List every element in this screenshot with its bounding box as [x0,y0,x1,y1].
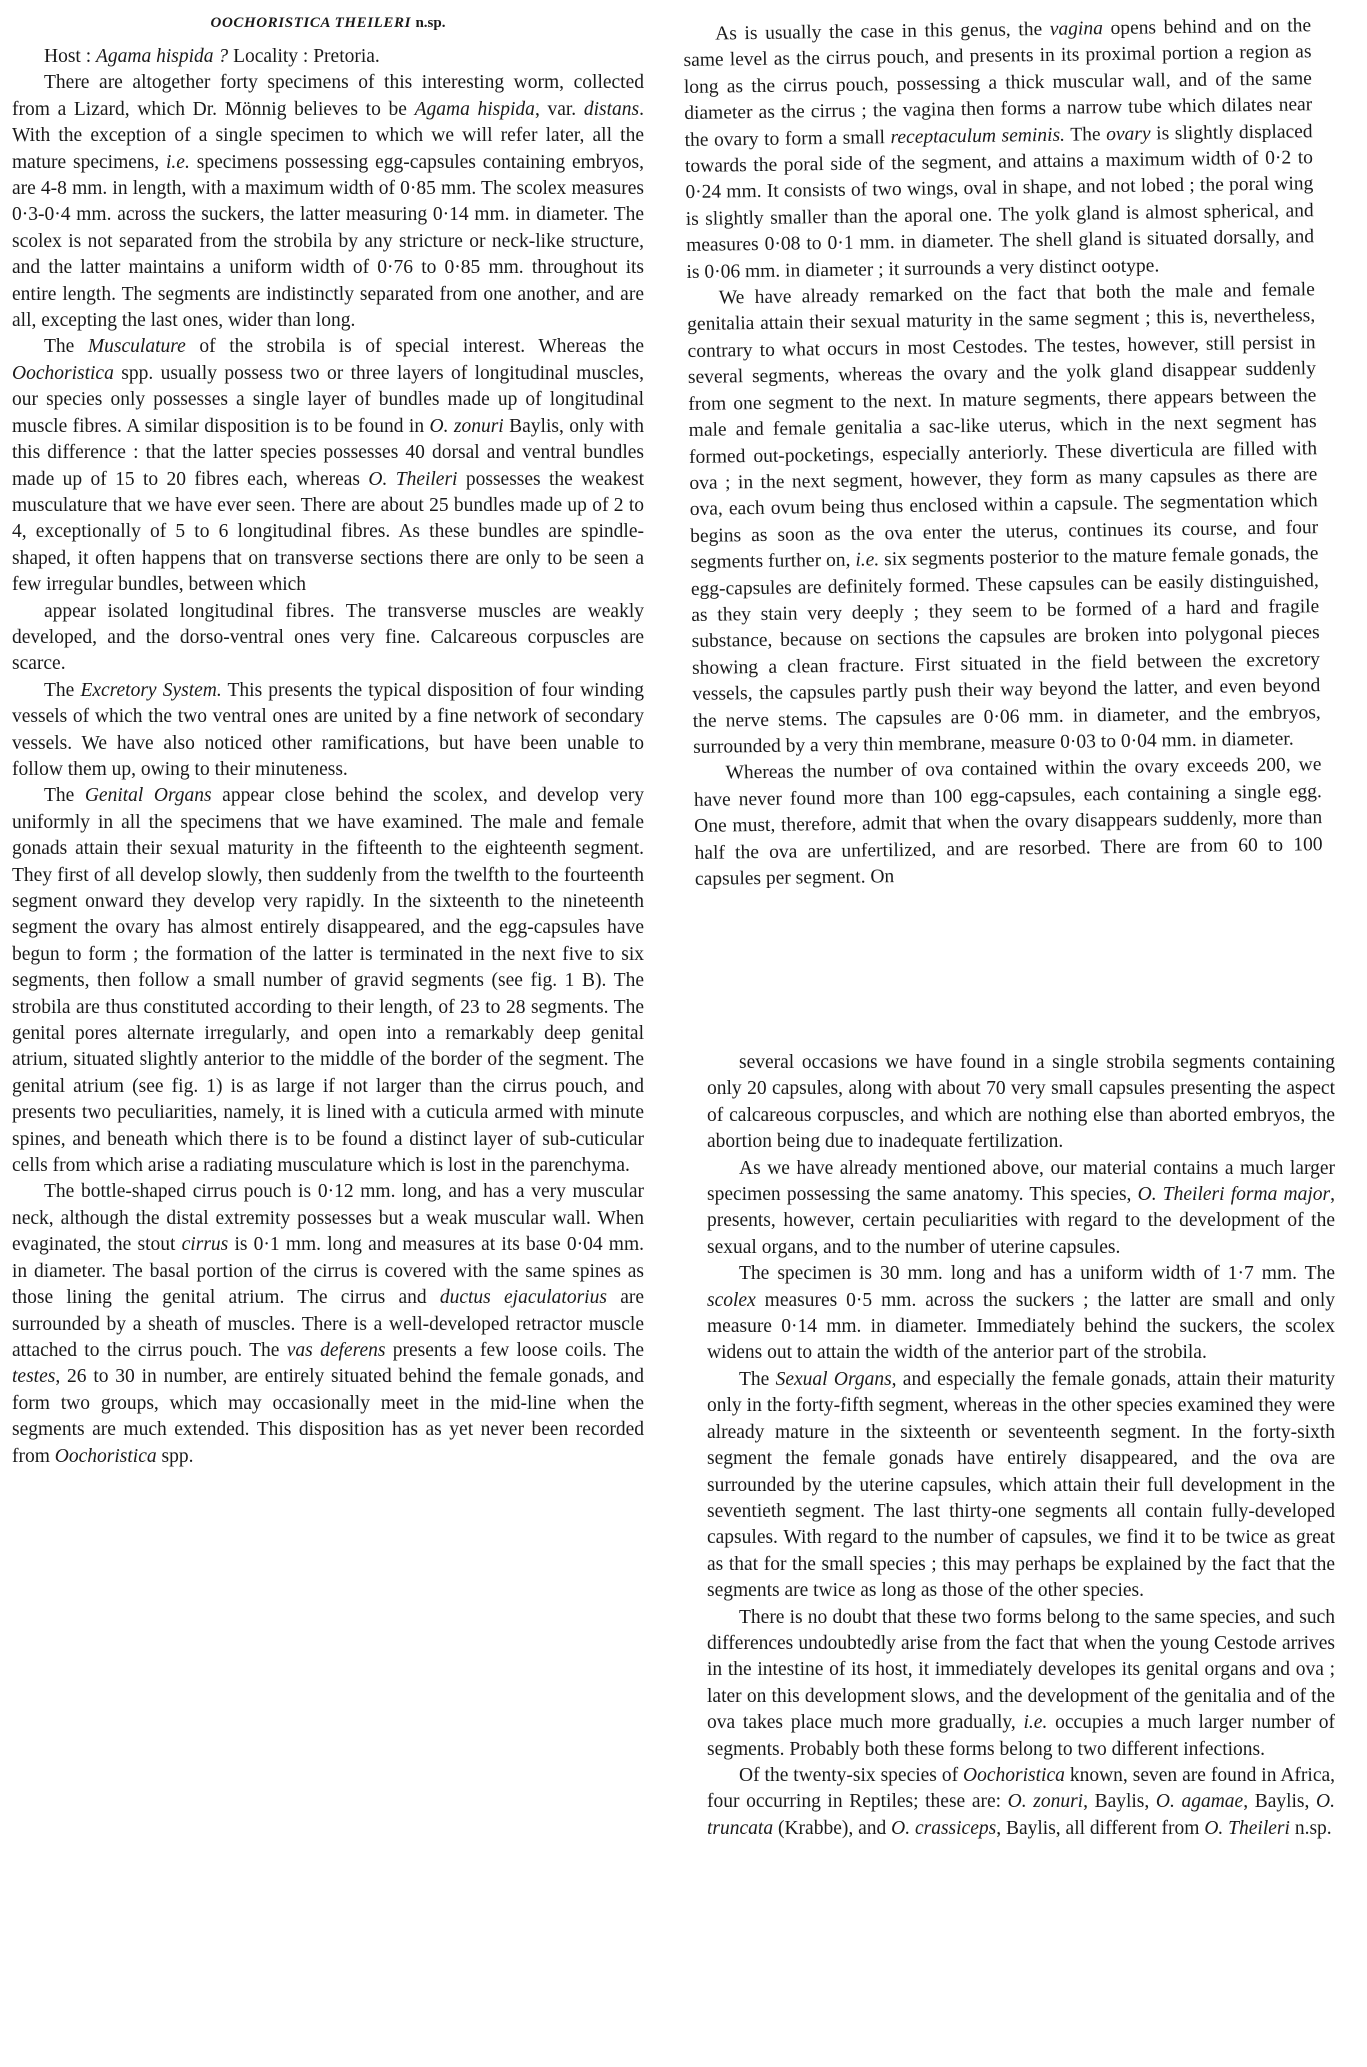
text-run: spp. [157,1446,194,1467]
page-title: OOCHORISTICA THEILERI n.sp. [12,12,644,34]
text-run: presents a few loose coils. The [385,1340,644,1361]
italic-term: O. agamae [1156,1791,1243,1812]
text-run: , Baylis, [1083,1791,1156,1812]
text-run: The [739,1369,776,1390]
text-run: The [44,680,80,701]
text-run: Whereas the number of ova contained with… [694,755,1323,890]
italic-term: O. zonuri [430,416,504,437]
italic-term: ovary [1106,123,1151,145]
text-run: several occasions we have found in a sin… [707,1052,1335,1152]
paragraph: appear isolated longitudinal fibres. The… [12,599,644,678]
left-column: OOCHORISTICA THEILERI n.sp. Host : Agama… [12,12,644,1470]
right-column-top: As is usually the case in this genus, th… [683,13,1323,893]
text-run: specimens possessing egg-capsules contai… [12,152,644,331]
italic-term: Musculature [88,336,186,357]
text-run: , Baylis, all different from [996,1818,1204,1839]
text-run: appear close behind the scolex, and deve… [12,785,644,1176]
italic-term: receptaculum seminis. [890,124,1065,147]
italic-term: vas deferens [287,1340,386,1361]
paragraph: There are altogether forty specimens of … [12,70,644,334]
italic-term: vagina [1050,18,1103,40]
text-run: Host : [44,46,96,67]
text-run: measures 0·5 mm. across the suckers ; th… [707,1290,1335,1364]
right-top-paragraphs: As is usually the case in this genus, th… [683,13,1323,893]
italic-term: Excretory System. [80,680,221,701]
italic-term: i.e. [1024,1712,1048,1733]
text-run: (Krabbe), and [773,1818,891,1839]
paragraph: The Musculature of the strobila is of sp… [12,334,644,598]
paragraph: The specimen is 30 mm. long and has a un… [707,1261,1335,1367]
text-run: Locality : Pretoria. [228,46,380,67]
italic-term: i.e. [166,152,190,173]
italic-term: O. zonuri [1008,1791,1083,1812]
text-run: The specimen is 30 mm. long and has a un… [739,1263,1335,1284]
italic-term: Sexual Organs [776,1369,892,1390]
italic-term: Oochoristica [963,1765,1065,1786]
text-run: As is usually the case in this genus, th… [715,19,1050,45]
paragraph: The Genital Organs appear close behind t… [12,783,644,1179]
text-run: The [1065,124,1107,146]
text-run: We have already remarked on the fact tha… [687,279,1318,573]
text-run: The [44,336,88,357]
paragraph: The Excretory System. This presents the … [12,678,644,784]
text-run: appear isolated longitudinal fibres. The… [12,601,644,675]
title-suffix: n.sp. [415,15,445,31]
italic-term: O. Theileri [1204,1818,1290,1839]
italic-term: O. crassiceps [891,1818,996,1839]
text-run: of the strobila is of special interest. … [186,336,644,357]
species-title: OOCHORISTICA THEILERI [211,15,412,31]
italic-term: Genital Organs [85,785,212,806]
italic-term: i.e. [855,549,879,570]
paragraph: There is no doubt that these two forms b… [707,1605,1335,1763]
paragraph: The bottle-shaped cirrus pouch is 0·12 m… [12,1179,644,1469]
italic-term: O. Theileri [368,469,457,490]
text-run: Of the twenty-six species of [739,1765,963,1786]
paragraph: The Sexual Organs, and especially the fe… [707,1367,1335,1605]
text-run: n.sp. [1290,1818,1332,1839]
italic-term: cirrus [182,1234,229,1255]
paragraph: Whereas the number of ova contained with… [693,753,1323,894]
italic-term: ductus ejaculatorius [440,1287,607,1308]
left-paragraphs: Host : Agama hispida ? Locality : Pretor… [12,44,644,1470]
italic-term: Oochoristica [12,363,114,384]
paragraph: As we have already mentioned above, our … [707,1156,1335,1262]
paragraph: As is usually the case in this genus, th… [683,13,1315,286]
right-column-bottom: several occasions we have found in a sin… [707,1050,1335,1842]
italic-term: Agama hispida ? [96,46,228,67]
right-bottom-paragraphs: several occasions we have found in a sin… [707,1050,1335,1842]
italic-term: distans [584,99,639,120]
italic-term: scolex [707,1290,756,1311]
paragraph: several occasions we have found in a sin… [707,1050,1335,1156]
text-run: six segments posterior to the mature fem… [691,543,1321,758]
italic-term: Oochoristica [55,1446,157,1467]
paragraph: We have already remarked on the fact tha… [687,277,1322,761]
italic-term: testes [12,1366,55,1387]
paragraph: Host : Agama hispida ? Locality : Pretor… [12,44,644,70]
text-run: , Baylis, [1243,1791,1316,1812]
paragraph: Of the twenty-six species of Oochoristic… [707,1763,1335,1842]
italic-term: O. Theileri forma major [1138,1184,1331,1205]
text-run: , var. [535,99,584,120]
italic-term: Agama hispida [415,99,535,120]
text-run: The [44,785,85,806]
text-run: , and especially the female gonads, atta… [707,1369,1335,1601]
